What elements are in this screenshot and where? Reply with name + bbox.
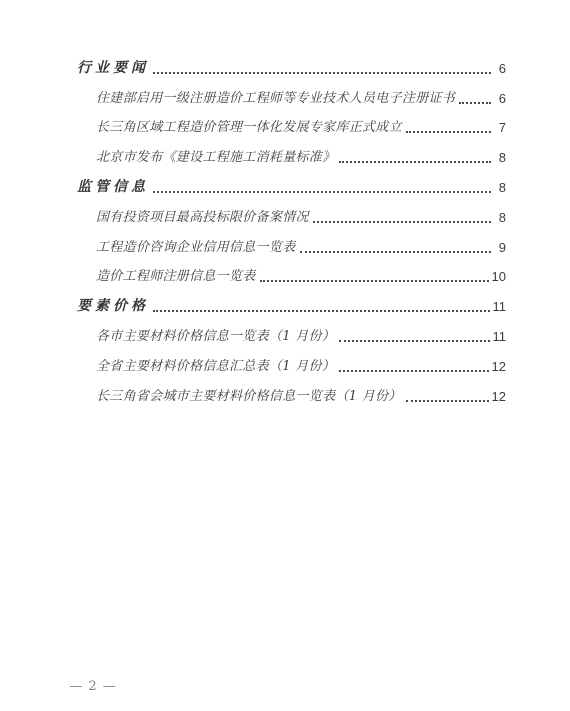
dot-leader (406, 400, 489, 402)
toc-item-row[interactable]: 全省主要材料价格信息汇总表（1 月份） 12 (77, 351, 506, 381)
toc-section-row[interactable]: 要素价格 11 (77, 291, 506, 321)
page-number: 8 (494, 181, 506, 194)
toc-item-label: 全省主要材料价格信息汇总表（1 月份） (96, 360, 335, 373)
page-number: 6 (494, 62, 506, 75)
page-number: 12 (492, 360, 506, 373)
dot-leader (313, 221, 491, 223)
table-of-contents: 行业要闻 6 住建部启用一级注册造价工程师等专业技术人员电子注册证书 6 长三角… (77, 53, 506, 411)
toc-item-row[interactable]: 造价工程师注册信息一览表 10 (77, 262, 506, 292)
dot-leader (339, 340, 489, 342)
page-number: 11 (493, 330, 507, 343)
toc-item-label: 住建部启用一级注册造价工程师等专业技术人员电子注册证书 (96, 92, 455, 105)
toc-item-label: 工程造价咨询企业信用信息一览表 (96, 241, 296, 254)
page-number: 7 (494, 121, 506, 134)
toc-item-row[interactable]: 国有投资项目最高投标限价备案情况 8 (77, 202, 506, 232)
toc-item-row[interactable]: 各市主要材料价格信息一览表（1 月份） 11 (77, 321, 506, 351)
page-number: 8 (494, 151, 506, 164)
dot-leader (153, 191, 491, 193)
toc-item-label: 长三角省会城市主要材料价格信息一览表（1 月份） (96, 390, 402, 403)
toc-item-row[interactable]: 工程造价咨询企业信用信息一览表 9 (77, 232, 506, 262)
toc-item-row[interactable]: 长三角区域工程造价管理一体化发展专家库正式成立 7 (77, 113, 506, 143)
toc-item-label: 国有投资项目最高投标限价备案情况 (96, 211, 309, 224)
dot-leader (459, 102, 491, 104)
dot-leader (300, 251, 491, 253)
page-number: 11 (493, 300, 507, 313)
page-number: 10 (492, 270, 506, 283)
toc-item-label: 北京市发布《建设工程施工消耗量标准》 (96, 151, 335, 164)
page-number: 9 (494, 241, 506, 254)
page-number: 8 (494, 211, 506, 224)
document-page: 行业要闻 6 住建部启用一级注册造价工程师等专业技术人员电子注册证书 6 长三角… (0, 0, 570, 711)
dot-leader (260, 280, 489, 282)
dot-leader (406, 131, 491, 133)
dot-leader (153, 72, 491, 74)
toc-section-row[interactable]: 监管信息 8 (77, 172, 506, 202)
toc-item-label: 长三角区域工程造价管理一体化发展专家库正式成立 (96, 121, 402, 134)
toc-item-row[interactable]: 住建部启用一级注册造价工程师等专业技术人员电子注册证书 6 (77, 83, 506, 113)
dot-leader (153, 310, 490, 312)
page-number: 12 (492, 390, 506, 403)
toc-section-row[interactable]: 行业要闻 6 (77, 53, 506, 83)
toc-item-label: 造价工程师注册信息一览表 (96, 270, 256, 283)
toc-section-title: 要素价格 (77, 299, 149, 313)
dot-leader (339, 370, 488, 372)
toc-item-row[interactable]: 长三角省会城市主要材料价格信息一览表（1 月份） 12 (77, 381, 506, 411)
page-footer-number: — 2 — (68, 679, 118, 694)
toc-item-row[interactable]: 北京市发布《建设工程施工消耗量标准》 8 (77, 142, 506, 172)
toc-item-label: 各市主要材料价格信息一览表（1 月份） (96, 330, 335, 343)
dot-leader (339, 161, 491, 163)
page-number: 6 (494, 92, 506, 105)
toc-section-title: 监管信息 (77, 180, 149, 194)
toc-section-title: 行业要闻 (77, 61, 149, 75)
